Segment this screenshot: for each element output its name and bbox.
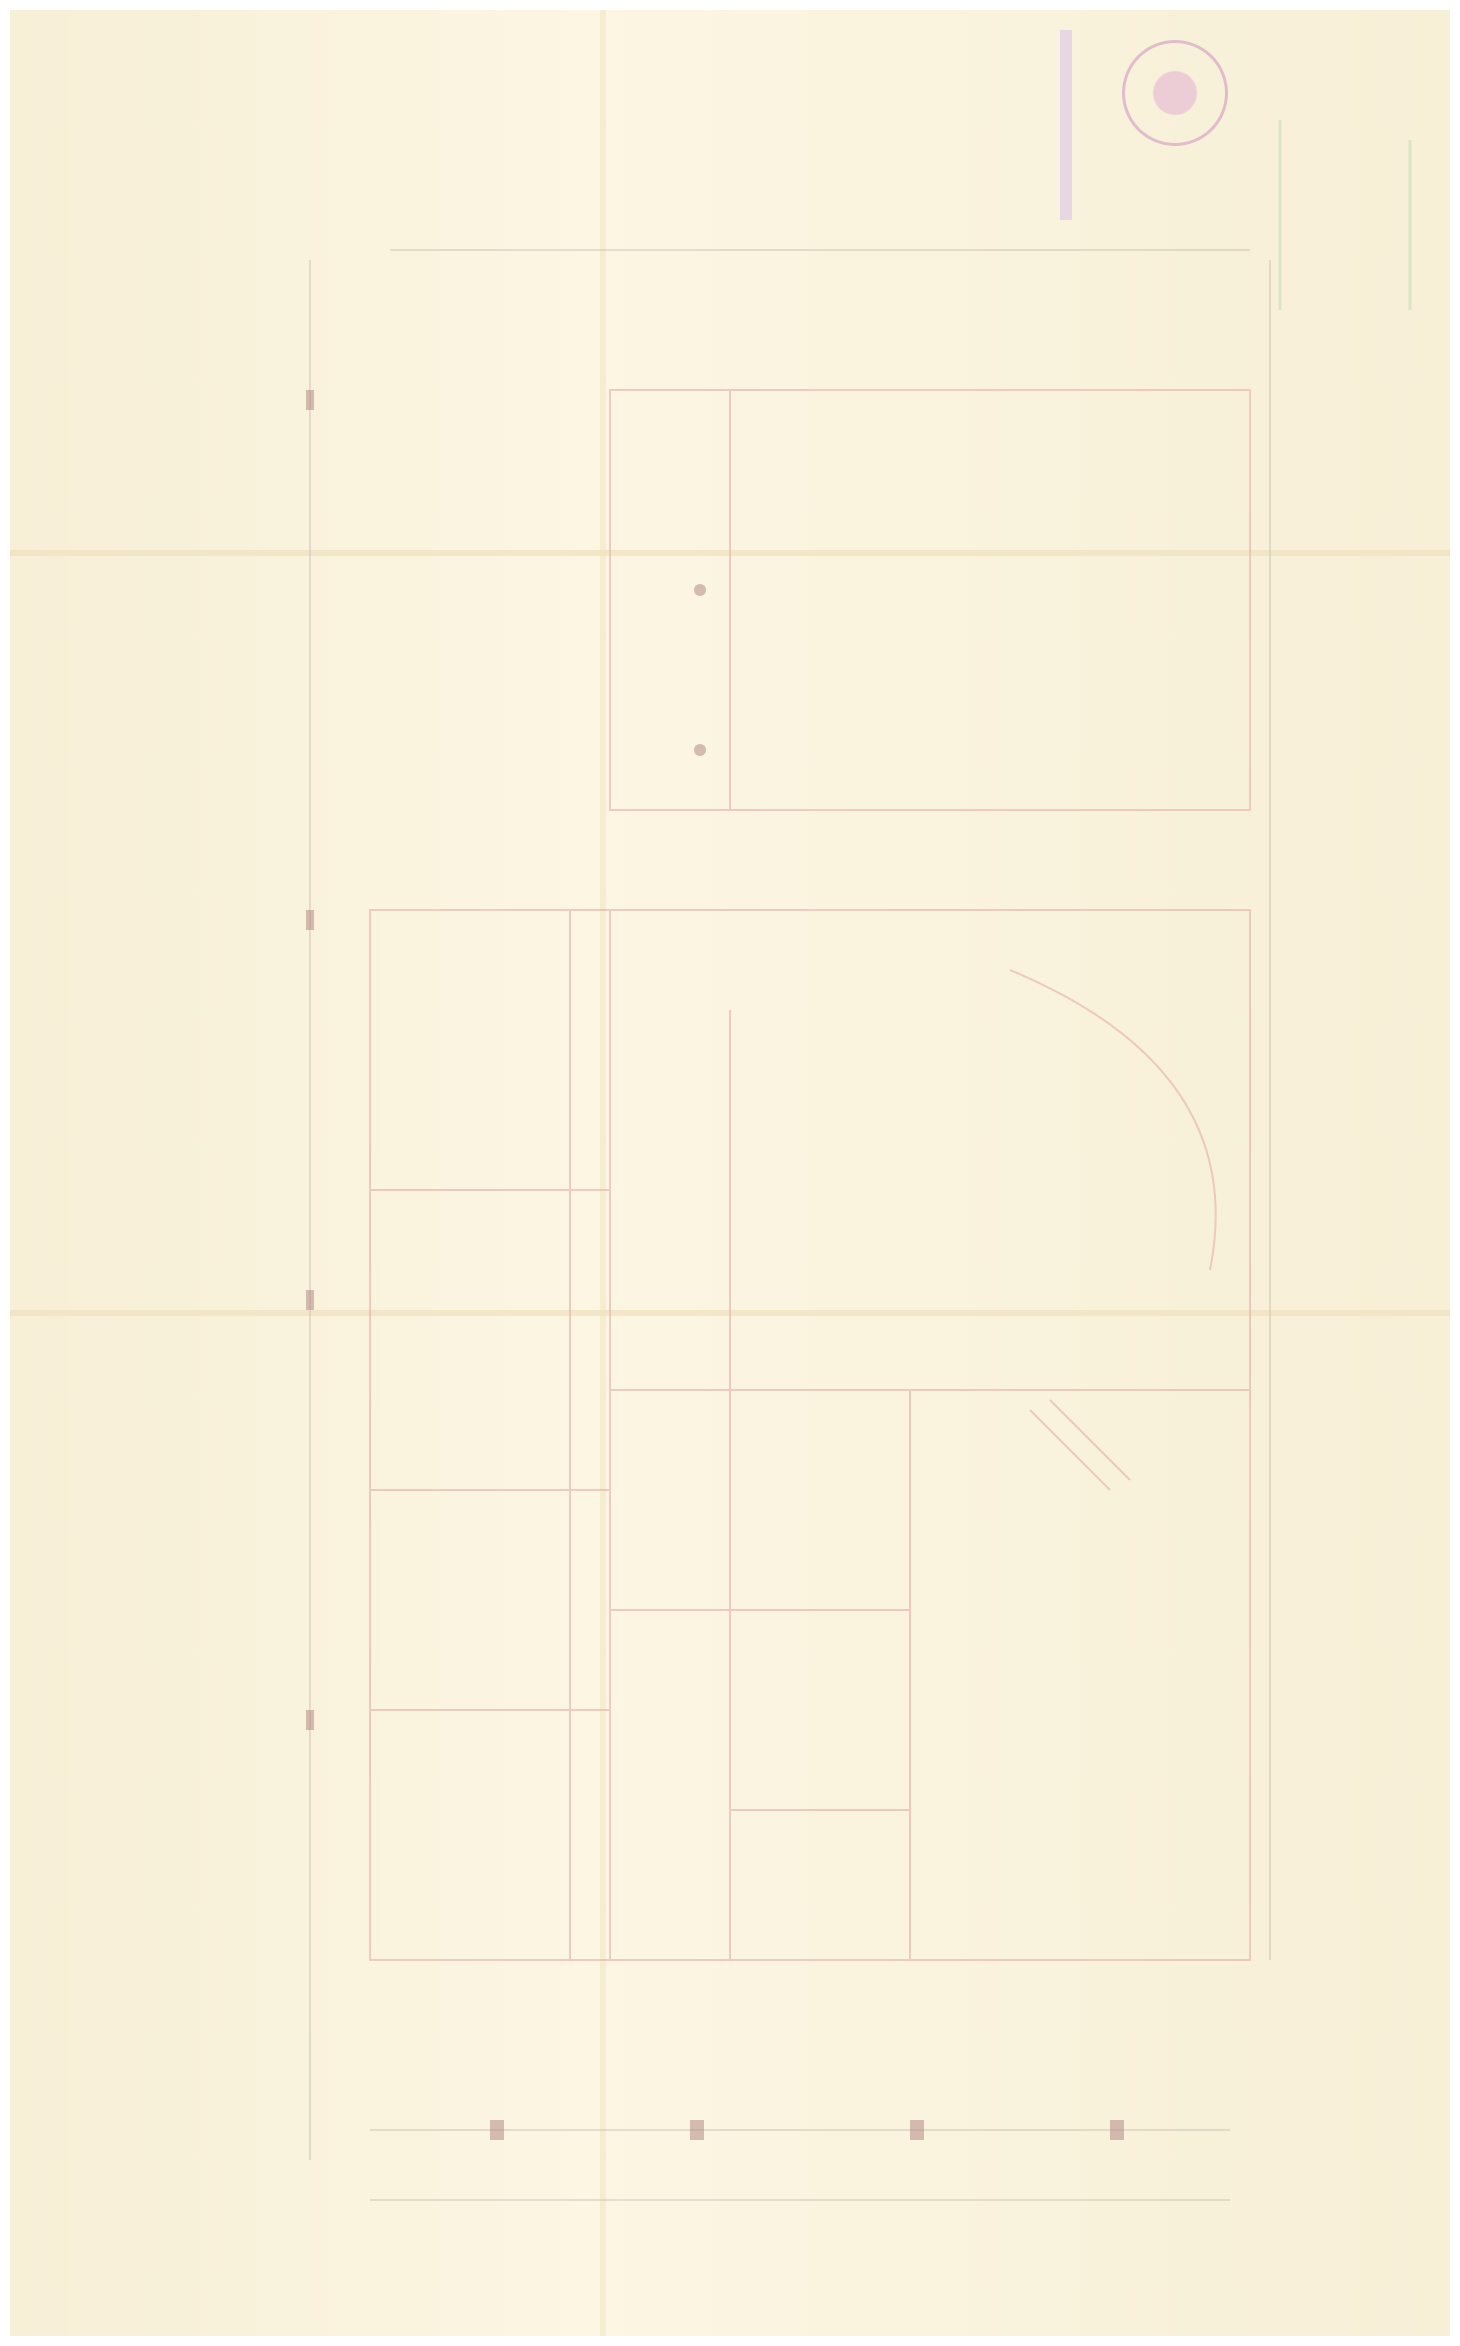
upper-room-outline xyxy=(610,390,1250,810)
curved-bay-wall xyxy=(1010,970,1216,1270)
floor-plan-drawing xyxy=(10,10,1450,2336)
main-building-outline xyxy=(370,910,1250,1960)
official-round-seal xyxy=(1122,40,1228,146)
drawing-sheet xyxy=(10,10,1450,2336)
signature-stamp xyxy=(1060,30,1072,220)
